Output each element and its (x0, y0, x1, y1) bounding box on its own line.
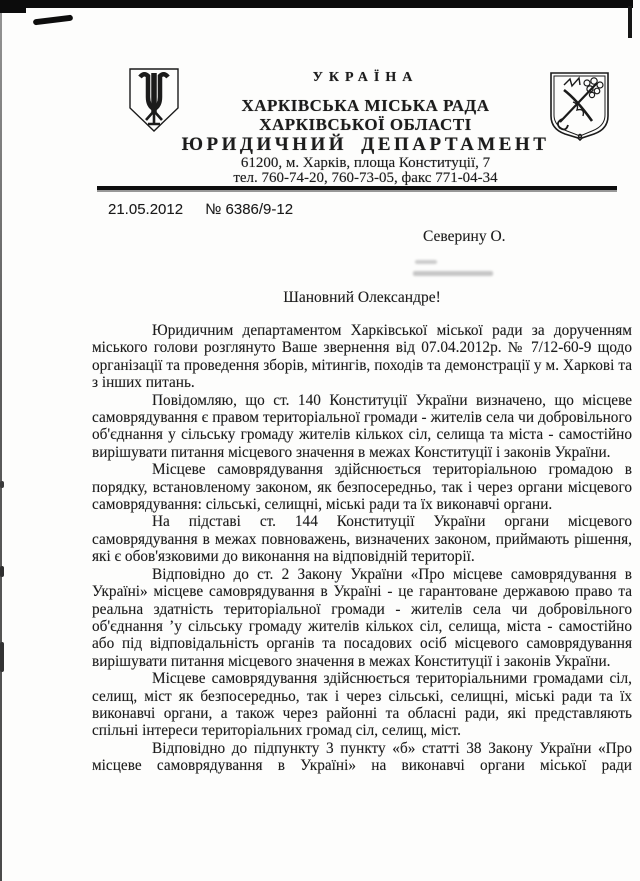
organization-name-line1: ХАРКІВСЬКА МІСЬКА РАДА (93, 96, 638, 116)
body-paragraph: Повідомляю, що ст. 140 Конституції Украї… (92, 392, 632, 462)
header-phone: тел. 760-74-20, 760-73-05, факс 771-04-3… (93, 170, 638, 187)
header-divider (97, 186, 617, 190)
body-paragraph: Юридичним департаментом Харківської місь… (92, 322, 632, 392)
addressee-name: Северину О. (423, 228, 506, 246)
body-paragraph: Місцеве самоврядування здійснюється тери… (92, 670, 632, 740)
scanned-letter-page: УКРАЇНА ХАРКІВСЬКА МІСЬКА РАДА ХАРКІВСЬК… (0, 0, 640, 881)
organization-name-line2: ХАРКІВСЬКОЇ ОБЛАСТІ (93, 115, 638, 135)
scan-top-bar-artifact (0, 0, 633, 8)
country-title: УКРАЇНА (93, 70, 638, 86)
letter-date: 21.05.2012 (108, 201, 183, 218)
body-paragraph: На підставі ст. 144 Конституції України … (92, 513, 632, 565)
body-paragraph-cutoff: Відповідно до підпункту 3 пункту «б» ста… (92, 740, 632, 775)
pen-dash-mark (33, 15, 73, 26)
faded-redaction-mark (413, 271, 493, 276)
reference-line: 21.05.2012 № 6386/9-12 (108, 201, 293, 218)
letter-number: № 6386/9-12 (205, 201, 293, 218)
letter-body: Юридичним департаментом Харківської місь… (92, 322, 632, 775)
scan-right-tick-artifact (628, 6, 632, 38)
body-paragraph: Місцеве самоврядування здійснюється тери… (92, 461, 632, 513)
salutation: Шановний Олександре! (92, 289, 632, 307)
scan-corner-artifact (0, 0, 26, 13)
faded-redaction-mark (415, 260, 437, 264)
body-paragraph: Відповідно до ст. 2 Закону України «Про … (92, 566, 632, 670)
scan-left-edge-artifact (0, 13, 2, 881)
scan-smudge (0, 566, 4, 577)
scan-smudge (0, 481, 4, 488)
scan-smudge (0, 642, 4, 672)
department-name: ЮРИДИЧНИЙ ДЕПАРТАМЕНТ (93, 134, 638, 156)
